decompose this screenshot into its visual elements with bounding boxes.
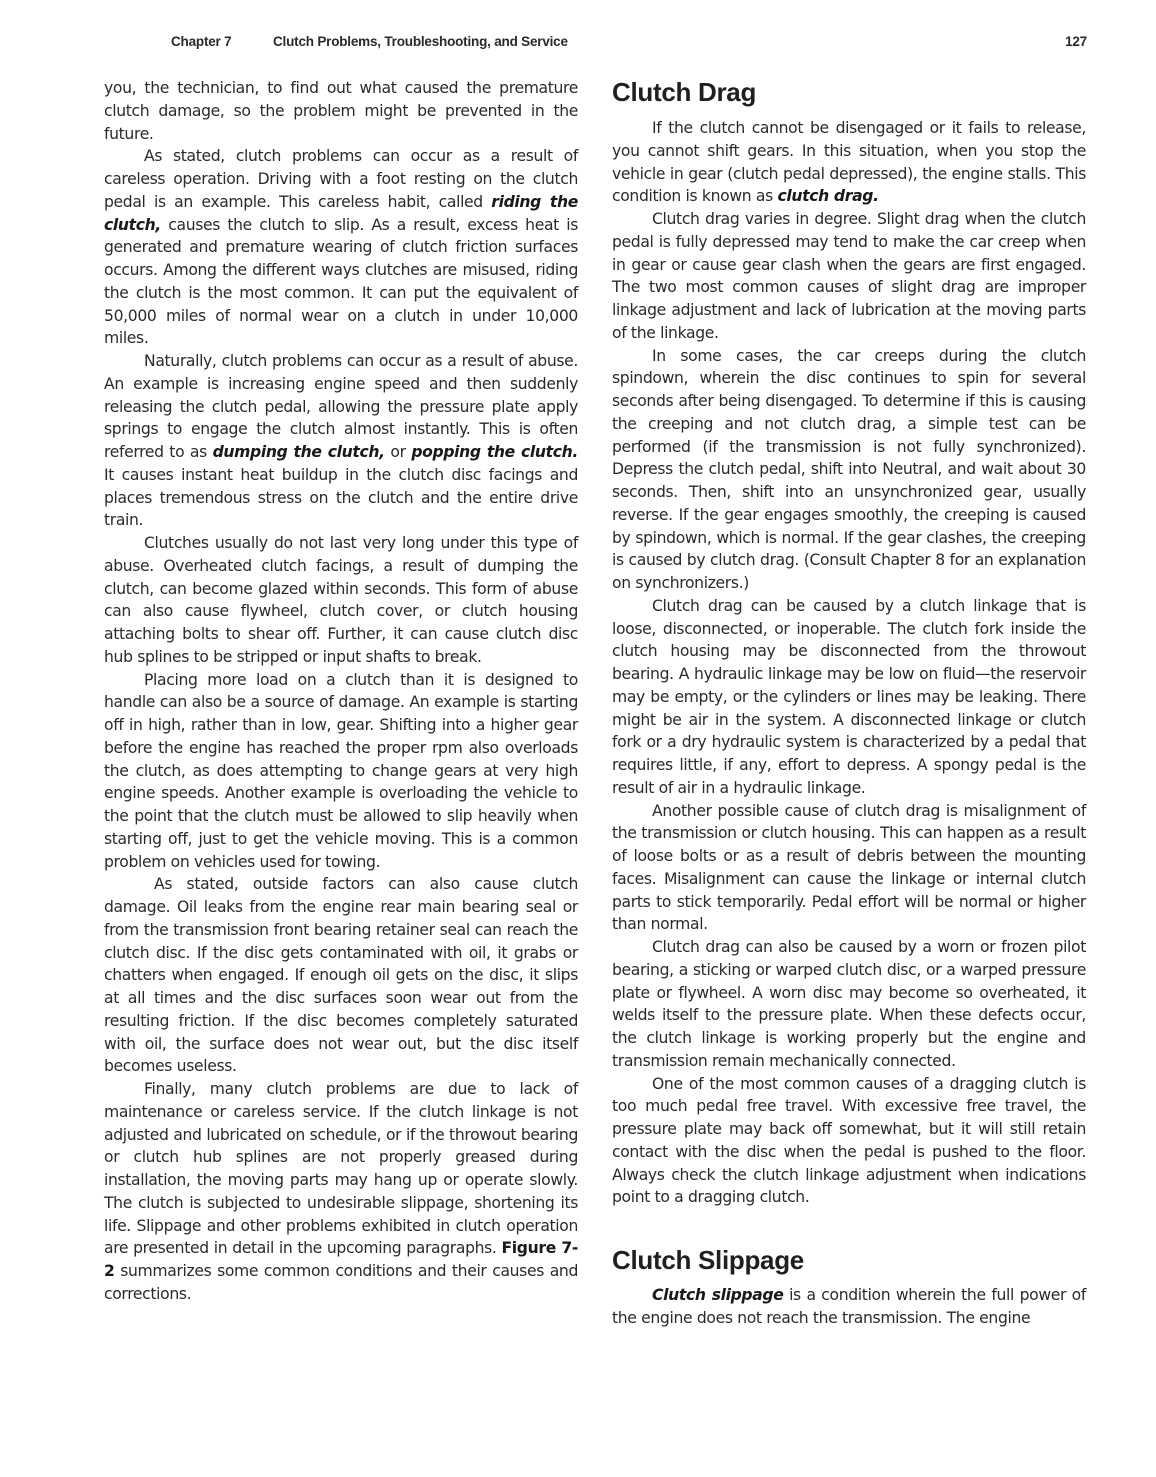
chapter-label: Chapter 7: [171, 34, 231, 49]
paragraph-overload: Placing more load on a clutch than it is…: [104, 669, 578, 874]
section-heading-clutch-drag: Clutch Drag: [612, 77, 1086, 107]
key-term-clutch-slippage: Clutch slippage: [652, 1286, 783, 1304]
key-term-clutch-drag: clutch drag.: [777, 187, 878, 205]
text: Finally, many clutch problems are due to…: [104, 1080, 578, 1257]
text: or: [385, 443, 412, 461]
running-head: Chapter 7 Clutch Problems, Troubleshooti…: [171, 34, 1087, 56]
paragraph-abuse: Naturally, clutch problems can occur as …: [104, 350, 578, 532]
text: summarizes some common conditions and th…: [104, 1262, 578, 1303]
paragraph-maintenance: Finally, many clutch problems are due to…: [104, 1078, 578, 1306]
right-column: Clutch Drag If the clutch cannot be dise…: [612, 77, 1086, 1330]
paragraph-clutch-abuse-effects: Clutches usually do not last very long u…: [104, 532, 578, 669]
paragraph-slippage-definition: Clutch slippage is a condition wherein t…: [612, 1284, 1086, 1330]
key-term-popping-the-clutch: popping the clutch.: [411, 443, 578, 461]
paragraph-free-travel: One of the most common causes of a dragg…: [612, 1073, 1086, 1210]
paragraph-drag-degree: Clutch drag varies in degree. Slight dra…: [612, 208, 1086, 345]
paragraph-misalignment: Another possible cause of clutch drag is…: [612, 800, 1086, 937]
chapter-title: Clutch Problems, Troubleshooting, and Se…: [273, 34, 568, 49]
key-term-dumping-the-clutch: dumping the clutch,: [213, 443, 385, 461]
paragraph-careless-operation: As stated, clutch problems can occur as …: [104, 145, 578, 350]
paragraph-outside-factors: As stated, outside factors can also caus…: [104, 873, 578, 1078]
left-column: you, the technician, to find out what ca…: [104, 77, 578, 1306]
page-number: 127: [1065, 34, 1087, 49]
paragraph-drag-definition: If the clutch cannot be disengaged or it…: [612, 117, 1086, 208]
paragraph-continuation: you, the technician, to find out what ca…: [104, 77, 578, 145]
paragraph-worn-parts: Clutch drag can also be caused by a worn…: [612, 936, 1086, 1073]
section-heading-clutch-slippage: Clutch Slippage: [612, 1245, 1086, 1275]
paragraph-spindown: In some cases, the car creeps during the…: [612, 345, 1086, 595]
text: It causes instant heat buildup in the cl…: [104, 466, 578, 530]
paragraph-linkage: Clutch drag can be caused by a clutch li…: [612, 595, 1086, 800]
text: causes the clutch to slip. As a result, …: [104, 216, 578, 348]
